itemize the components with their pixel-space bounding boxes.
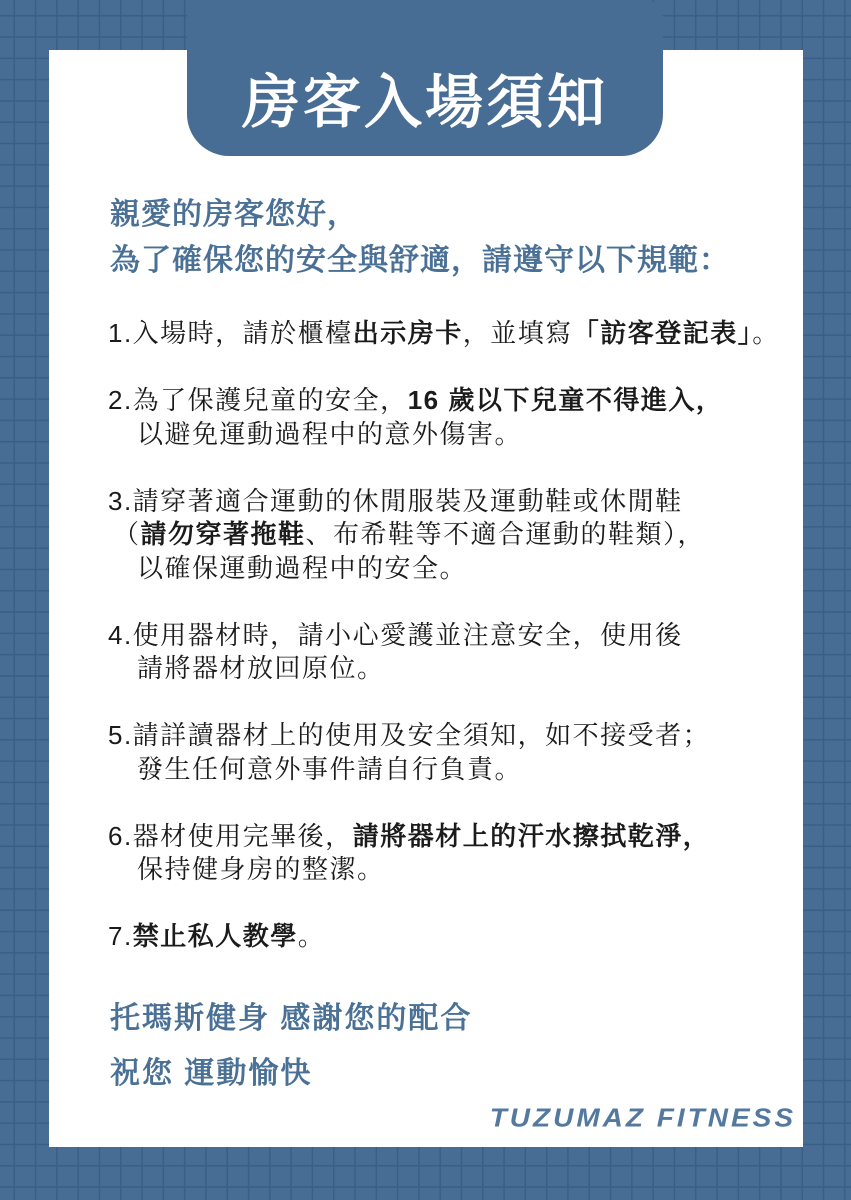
rule-item: 4.使用器材時，請小心愛護並注意安全，使用後請將器材放回原位。 [108,619,780,686]
rule-text: 5.請詳讀器材上的使用及安全須知，如不接受者； [108,720,710,750]
rule-text: ，並填寫 [463,318,573,348]
rule-text: 發生任何意外事件請自行負責。 [137,754,522,784]
rule-line: 請將器材放回原位。 [108,652,780,686]
rule-line: 以避免運動過程中的意外傷害。 [108,418,780,452]
rule-item: 2.為了保護兒童的安全，16 歲以下兒童不得進入，以避免運動過程中的意外傷害。 [108,384,780,451]
rule-text: 4.使用器材時，請小心愛護並注意安全，使用後 [108,620,683,650]
rule-text: 6.器材使用完畢後， [108,821,353,851]
rule-line: 7.禁止私人教學。 [108,920,780,954]
rule-text: 請將器材放回原位。 [137,653,385,683]
rule-line: 5.請詳讀器材上的使用及安全須知，如不接受者； [108,719,780,753]
rule-text: 7. [108,921,133,951]
rule-line: 保持健身房的整潔。 [108,853,780,887]
rule-text: 2.為了保護兒童的安全， [108,385,408,415]
rule-item: 5.請詳讀器材上的使用及安全須知，如不接受者；發生任何意外事件請自行負責。 [108,719,780,786]
rule-text-bold: 「訪客登記表」 [573,318,753,348]
greeting-line-2: 為了確保您的安全與舒適，請遵守以下規範： [110,238,730,284]
rule-line: 3.請穿著適合運動的休閒服裝及運動鞋或休閒鞋 [108,485,780,519]
rule-item: 7.禁止私人教學。 [108,920,780,954]
footer-line-2: 祝您 運動愉快 [110,1049,472,1099]
rule-line: 發生任何意外事件請自行負責。 [108,753,780,787]
footer-text: 托瑪斯健身 感謝您的配合 祝您 運動愉快 [110,994,472,1099]
footer-line-1: 托瑪斯健身 感謝您的配合 [110,994,472,1044]
rule-line: 1.入場時，請於櫃檯出示房卡，並填寫「訪客登記表」。 [108,317,780,351]
rule-item: 1.入場時，請於櫃檯出示房卡，並填寫「訪客登記表」。 [108,317,780,351]
rule-line: 2.為了保護兒童的安全，16 歲以下兒童不得進入， [108,384,780,418]
rule-text: 以確保運動過程中的安全。 [137,553,467,583]
rule-item: 6.器材使用完畢後，請將器材上的汗水擦拭乾淨，保持健身房的整潔。 [108,820,780,887]
rule-text: 。 [298,921,326,951]
rule-line: 6.器材使用完畢後，請將器材上的汗水擦拭乾淨， [108,820,780,854]
rule-text: （ [113,519,141,549]
brand-logo: TUZUMAZ FITNESS [486,1103,796,1132]
notice-poster: 房客入場須知 親愛的房客您好， 為了確保您的安全與舒適，請遵守以下規範： 1.入… [0,0,851,1200]
rule-text-bold: 出示房卡 [353,318,463,348]
rule-text: 保持健身房的整潔。 [137,854,385,884]
rule-text: 、布希鞋等不適合運動的鞋類）， [306,519,706,549]
rule-text-bold: 請勿穿著拖鞋 [141,519,306,549]
rule-text-bold: 16 歲以下兒童不得進入， [408,385,724,415]
page-title: 房客入場須知 [242,74,608,132]
rule-line: （請勿穿著拖鞋、布希鞋等不適合運動的鞋類）， [108,518,780,552]
rule-item: 3.請穿著適合運動的休閒服裝及運動鞋或休閒鞋（請勿穿著拖鞋、布希鞋等不適合運動的… [108,485,780,586]
rule-text: 以避免運動過程中的意外傷害。 [137,419,522,449]
rule-line: 以確保運動過程中的安全。 [108,552,780,586]
rule-text-bold: 請將器材上的汗水擦拭乾淨， [353,821,711,851]
rule-text: 3.請穿著適合運動的休閒服裝及運動鞋或休閒鞋 [108,486,683,516]
title-banner: 房客入場須知 [187,0,663,156]
rule-text-bold: 禁止私人教學 [133,921,298,951]
greeting-text: 親愛的房客您好， 為了確保您的安全與舒適，請遵守以下規範： [110,192,730,284]
greeting-line-1: 親愛的房客您好， [110,192,730,238]
rule-line: 4.使用器材時，請小心愛護並注意安全，使用後 [108,619,780,653]
rule-text: 。 [752,318,780,348]
rule-text: 1.入場時，請於櫃檯 [108,318,353,348]
rules-list: 1.入場時，請於櫃檯出示房卡，並填寫「訪客登記表」。2.為了保護兒童的安全，16… [108,317,780,987]
